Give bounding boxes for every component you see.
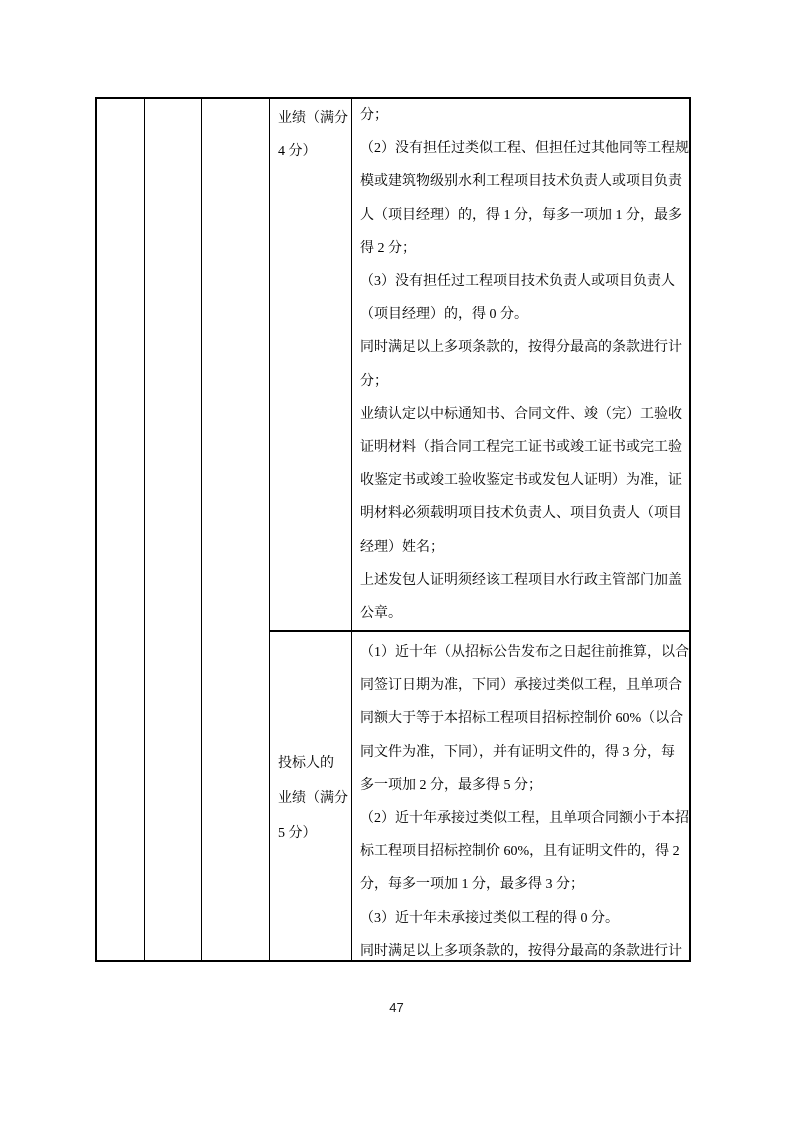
row2-label-cell: 投标人的业绩（满分5 分） [271, 632, 351, 964]
text-line: 4 分） [278, 135, 351, 168]
text-line: 多一项加 2 分，最多得 5 分； [360, 769, 688, 802]
text-line: 投标人的 [278, 746, 351, 781]
page-number: 47 [0, 1000, 793, 1015]
text-line: （2）近十年承接过类似工程，且单项合同额小于本招 [360, 802, 688, 835]
text-line: 业绩（满分 [278, 102, 351, 135]
text-line: 分； [360, 99, 688, 132]
text-line: 证明材料（指合同工程完工证书或竣工证书或完工验 [360, 431, 688, 464]
text-line: 同时满足以上多项条款的，按得分最高的条款进行计 [360, 331, 688, 364]
text-line: 业绩（满分 [278, 781, 351, 816]
text-line: 分； [360, 365, 688, 398]
table-column-divider-2 [201, 99, 202, 960]
text-line: 同额大于等于本招标工程项目招标控制价 60%（以合 [360, 702, 688, 735]
row1-criteria-text-cell: 分；（2）没有担任过类似工程、但担任过其他同等工程规模或建筑物级别水利工程项目技… [353, 99, 693, 630]
text-line: （1）近十年（从招标公告发布之日起往前推算，以合 [360, 636, 688, 669]
text-line: 同文件为准，下同），并有证明文件的，得 3 分，每 [360, 736, 688, 769]
table-column-divider-3 [269, 99, 270, 960]
text-line: （3）没有担任过工程项目技术负责人或项目负责人 [360, 265, 688, 298]
text-line: 分，每多一项加 1 分，最多得 3 分； [360, 868, 688, 901]
text-line: 同签订日期为准，下同）承接过类似工程，且单项合 [360, 669, 688, 702]
text-line: 得 2 分； [360, 232, 688, 265]
text-line: 业绩认定以中标通知书、合同文件、竣（完）工验收 [360, 398, 688, 431]
table-column-divider-1 [144, 99, 145, 960]
row2-criteria-text-cell: （1）近十年（从招标公告发布之日起往前推算，以合同签订日期为准，下同）承接过类似… [353, 632, 693, 964]
criteria-table: 业绩（满分4 分） 分；（2）没有担任过类似工程、但担任过其他同等工程规模或建筑… [95, 97, 691, 962]
text-line: 公章。 [360, 597, 688, 630]
text-line: （3）近十年未承接过类似工程的得 0 分。 [360, 902, 688, 935]
text-line: 模或建筑物级别水利工程项目技术负责人或项目负责 [360, 165, 688, 198]
text-line: 收鉴定书或竣工验收鉴定书或发包人证明）为准，证 [360, 464, 688, 497]
text-line: （项目经理）的，得 0 分。 [360, 298, 688, 331]
text-line: 上述发包人证明须经该工程项目水行政主管部门加盖 [360, 564, 688, 597]
table-column-divider-4 [351, 99, 352, 960]
text-line: 明材料必须载明项目技术负责人、项目负责人（项目 [360, 497, 688, 530]
text-line: 5 分） [278, 816, 351, 851]
text-line: 标工程项目招标控制价 60%，且有证明文件的，得 2 [360, 835, 688, 868]
text-line: 同时满足以上多项条款的，按得分最高的条款进行计 [360, 935, 688, 964]
text-line: （2）没有担任过类似工程、但担任过其他同等工程规 [360, 132, 688, 165]
row1-label-cell: 业绩（满分4 分） [271, 99, 351, 630]
text-line: 经理）姓名； [360, 531, 688, 564]
text-line: 人（项目经理）的，得 1 分，每多一项加 1 分，最多 [360, 199, 688, 232]
